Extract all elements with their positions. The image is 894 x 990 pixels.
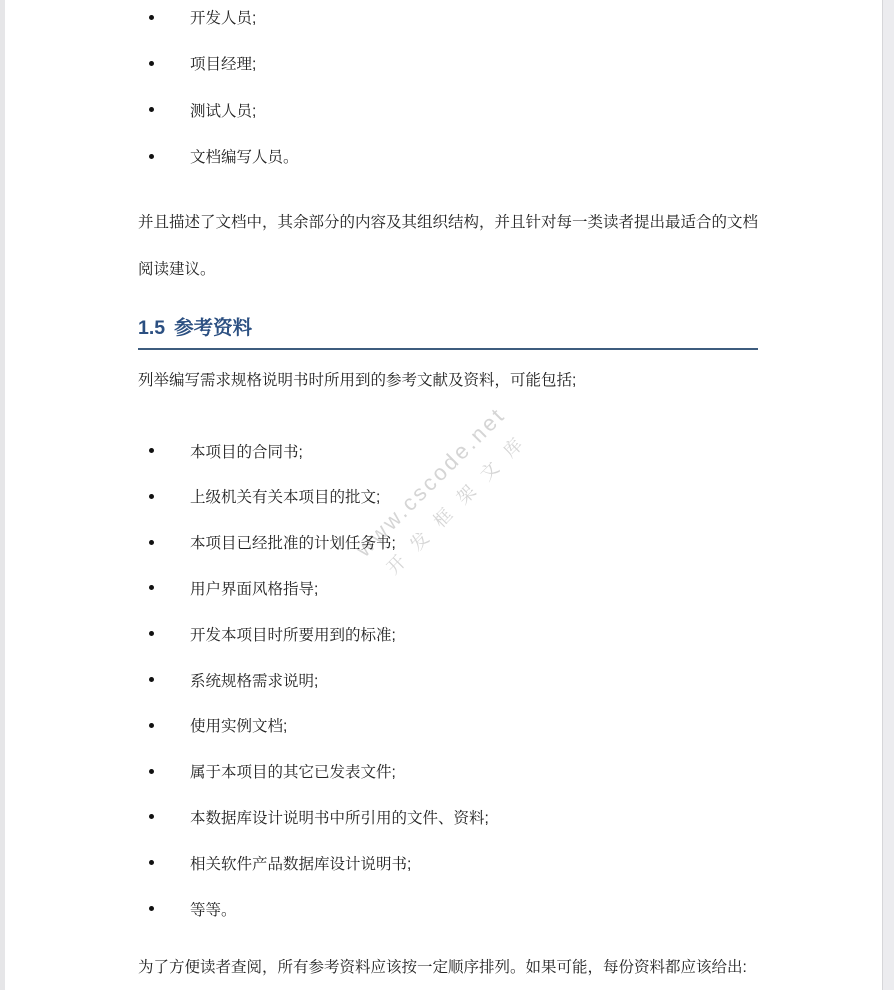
list-item-text: 开发人员; bbox=[190, 6, 256, 28]
bullet-icon bbox=[149, 540, 154, 545]
list-item: 测试人员; bbox=[138, 87, 758, 133]
bullet-icon bbox=[149, 494, 154, 499]
list-item: 本项目的合同书; bbox=[138, 428, 758, 474]
list-item: 上级机关有关本项目的批文; bbox=[138, 473, 758, 519]
bullet-icon bbox=[149, 631, 154, 636]
list-item-text: 开发本项目时所要用到的标准; bbox=[190, 623, 396, 645]
reference-list: 本项目的合同书;上级机关有关本项目的批文;本项目已经批准的计划任务书;用户界面风… bbox=[138, 428, 758, 932]
list-item-text: 本项目的合同书; bbox=[190, 440, 303, 462]
audience-list: 开发人员;项目经理;测试人员;文档编写人员。 bbox=[138, 0, 758, 179]
list-item: 系统规格需求说明; bbox=[138, 657, 758, 703]
section-intro-paragraph: 列举编写需求规格说明书时所用到的参考文献及资料，可能包括; bbox=[138, 358, 758, 405]
list-item-text: 本数据库设计说明书中所引用的文件、资料; bbox=[190, 806, 489, 828]
list-item-text: 项目经理; bbox=[190, 52, 256, 74]
bullet-icon bbox=[149, 769, 154, 774]
list-item: 本项目已经批准的计划任务书; bbox=[138, 519, 758, 565]
bullet-icon bbox=[149, 677, 154, 682]
list-item: 开发本项目时所要用到的标准; bbox=[138, 611, 758, 657]
list-item: 等等。 bbox=[138, 886, 758, 932]
list-item-text: 用户界面风格指导; bbox=[190, 577, 318, 599]
bullet-icon bbox=[149, 448, 154, 453]
audience-note-paragraph: 并且描述了文档中，其余部分的内容及其组织结构，并且针对每一类读者提出最适合的文档… bbox=[138, 200, 758, 293]
document-page: 开发人员;项目经理;测试人员;文档编写人员。 并且描述了文档中，其余部分的内容及… bbox=[138, 0, 758, 990]
list-item-text: 相关软件产品数据库设计说明书; bbox=[190, 852, 411, 874]
page-edge-left bbox=[0, 0, 5, 990]
list-item: 开发人员; bbox=[138, 0, 758, 40]
bullet-icon bbox=[149, 723, 154, 728]
bullet-icon bbox=[149, 860, 154, 865]
bullet-icon bbox=[149, 814, 154, 819]
section-title: 参考资料 bbox=[174, 317, 252, 339]
list-item-text: 测试人员; bbox=[190, 99, 256, 121]
list-item-text: 属于本项目的其它已发表文件; bbox=[190, 760, 396, 782]
section-number: 1.5 bbox=[138, 317, 165, 339]
list-item-text: 使用实例文档; bbox=[190, 714, 287, 736]
list-item: 本数据库设计说明书中所引用的文件、资料; bbox=[138, 794, 758, 840]
list-item: 文档编写人员。 bbox=[138, 133, 758, 179]
list-item-text: 上级机关有关本项目的批文; bbox=[190, 485, 380, 507]
list-item: 使用实例文档; bbox=[138, 702, 758, 748]
list-item: 用户界面风格指导; bbox=[138, 565, 758, 611]
list-item-text: 本项目已经批准的计划任务书; bbox=[190, 531, 396, 553]
scrollbar-track[interactable] bbox=[882, 0, 894, 990]
list-item: 项目经理; bbox=[138, 40, 758, 86]
bullet-icon bbox=[149, 15, 154, 20]
list-item-text: 文档编写人员。 bbox=[190, 145, 299, 167]
list-item-text: 系统规格需求说明; bbox=[190, 669, 318, 691]
bullet-icon bbox=[149, 107, 154, 112]
list-item: 属于本项目的其它已发表文件; bbox=[138, 748, 758, 794]
bullet-icon bbox=[149, 906, 154, 911]
list-item: 相关软件产品数据库设计说明书; bbox=[138, 840, 758, 886]
list-item-text: 等等。 bbox=[190, 898, 237, 920]
section-heading: 1.5参考资料 bbox=[138, 317, 758, 350]
bullet-icon bbox=[149, 585, 154, 590]
bullet-icon bbox=[149, 61, 154, 66]
bullet-icon bbox=[149, 154, 154, 159]
closing-paragraph: 为了方便读者查阅，所有参考资料应该按一定顺序排列。如果可能，每份资料都应该给出: bbox=[138, 945, 758, 990]
